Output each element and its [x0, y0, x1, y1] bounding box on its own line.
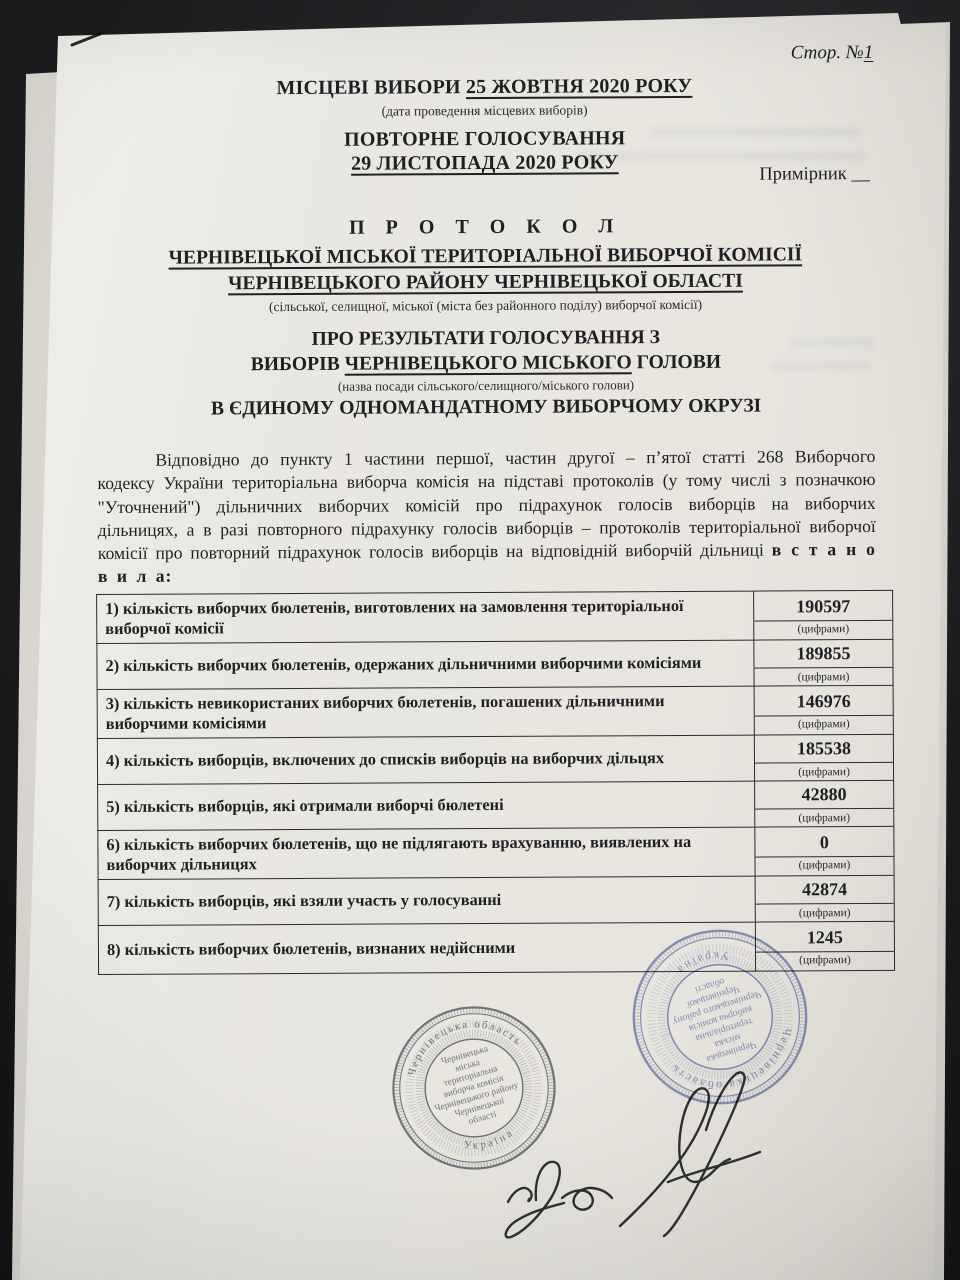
commission-name-1: ЧЕРНІВЕЦЬКОЇ МІСЬКОЇ ТЕРИТОРІАЛЬНОЇ ВИБО… — [169, 244, 803, 268]
row-value-cell: 185538(цифрами) — [754, 734, 893, 781]
digits-note: (цифрами) — [756, 904, 894, 922]
row-value: 190597 — [754, 592, 892, 621]
row-value: 189855 — [754, 640, 892, 669]
table-row: 7) кількість виборців, які взяли участь … — [98, 875, 894, 925]
table-row: 5) кількість виборців, які отримали вибо… — [98, 780, 894, 830]
row-value: 0 — [755, 828, 893, 857]
digits-note: (цифрами) — [754, 620, 892, 638]
row-value-cell: 189855(цифрами) — [754, 639, 893, 686]
row-label: 7) кількість виборців, які взяли участь … — [98, 876, 755, 925]
table-row: 4) кількість виборців, включених до спис… — [97, 734, 893, 784]
row-value-cell: 190597(цифрами) — [754, 590, 893, 640]
signatures — [470, 1030, 810, 1280]
row-label: 5) кількість виборців, які отримали вибо… — [98, 781, 755, 830]
subject-note: (назва посади сільського/селищного/міськ… — [97, 376, 875, 396]
table-row: 2) кількість виборчих бюлетенів, одержан… — [97, 639, 893, 689]
subject-line1: ПРО РЕЗУЛЬТАТИ ГОЛОСУВАННЯ З — [97, 326, 875, 352]
row-label: 2) кількість виборчих бюлетенів, одержан… — [97, 640, 754, 689]
commission-name-2: ЧЕРНІВЕЦЬКОГО РАЙОНУ ЧЕРНІВЕЦЬКОЇ ОБЛАСТ… — [228, 271, 743, 295]
digits-note: (цифрами) — [754, 668, 892, 686]
signature-left — [562, 1188, 612, 1210]
row-value-cell: 0(цифрами) — [755, 826, 894, 876]
subject-prefix: ВИБОРІВ — [251, 354, 345, 375]
repeat-voting-line: ПОВТОРНЕ ГОЛОСУВАННЯ — [96, 126, 874, 153]
repeat-voting-date: 29 ЛИСТОПАДА 2020 РОКУ — [96, 150, 874, 177]
row-value-cell: 146976(цифрами) — [754, 685, 893, 735]
row-value: 146976 — [755, 687, 893, 716]
digits-note: (цифрами) — [755, 763, 893, 781]
election-date-note: (дата проведення місцевих виборів) — [96, 101, 874, 121]
row-label: 3) кількість невикористаних виборчих бюл… — [97, 686, 754, 738]
signature-left — [508, 1188, 532, 1202]
row-value: 42880 — [755, 781, 893, 810]
page-number-value: 1 — [864, 42, 874, 63]
intro-paragraph: Відповідно до пункту 1 частини першої, ч… — [97, 445, 876, 589]
repeat-date-text: 29 ЛИСТОПАДА 2020 РОКУ — [351, 151, 619, 174]
row-label: 6) кількість виборчих бюлетенів, що не п… — [98, 827, 755, 879]
table-row: 3) кількість невикористаних виборчих бюл… — [97, 685, 893, 738]
row-label: 4) кількість виборців, включених до спис… — [97, 735, 754, 784]
row-value: 185538 — [755, 735, 893, 764]
table-row: 6) кількість виборчих бюлетенів, що не п… — [98, 826, 894, 879]
row-value-cell: 42880(цифрами) — [755, 780, 894, 827]
district-line: В ЄДИНОМУ ОДНОМАНДАТНОМУ ВИБОРЧОМУ ОКРУЗ… — [97, 395, 875, 421]
subject-suffix: ГОЛОВИ — [632, 352, 721, 373]
row-value: 42874 — [756, 876, 894, 905]
protocol-heading: П Р О Т О К О Л — [96, 214, 874, 241]
row-label: 1) кількість виборчих бюлетенів, виготов… — [97, 591, 754, 643]
row-value-cell: 42874(цифрами) — [755, 875, 894, 922]
page-number: Стор. №1 — [791, 42, 874, 64]
election-date: 25 ЖОВТНЯ 2020 РОКУ — [466, 75, 693, 98]
page-label: Стор. № — [791, 42, 864, 63]
signature-left — [506, 1162, 564, 1238]
established-colon: : — [165, 566, 171, 586]
results-table-body: 1) кількість виборчих бюлетенів, виготов… — [97, 590, 895, 974]
results-table: 1) кількість виборчих бюлетенів, виготов… — [96, 590, 895, 975]
subject-office: ЧЕРНІВЕЦЬКОГО МІСЬКОГО — [345, 352, 632, 375]
election-title-prefix: МІСЦЕВІ ВИБОРИ — [276, 76, 466, 99]
signature-right — [664, 1072, 745, 1236]
digits-note: (цифрами) — [755, 715, 893, 733]
digits-note: (цифрами) — [755, 856, 893, 874]
subject-line2: ВИБОРІВ ЧЕРНІВЕЦЬКОГО МІСЬКОГО ГОЛОВИ — [97, 351, 875, 377]
commission-name-line1: ЧЕРНІВЕЦЬКОЇ МІСЬКОЇ ТЕРИТОРІАЛЬНОЇ ВИБО… — [96, 244, 874, 270]
table-row: 1) кількість виборчих бюлетенів, виготов… — [97, 590, 893, 643]
commission-note: (сільської, селищної, міської (міста без… — [97, 296, 875, 316]
copy-number-label: Примірник __ — [759, 164, 870, 186]
election-title-line: МІСЦЕВІ ВИБОРИ 25 ЖОВТНЯ 2020 РОКУ — [95, 74, 873, 101]
commission-name-line2: ЧЕРНІВЕЦЬКОГО РАЙОНУ ЧЕРНІВЕЦЬКОЇ ОБЛАСТ… — [96, 270, 874, 296]
digits-note: (цифрами) — [755, 809, 893, 827]
paragraph-text: Відповідно до пункту 1 частини першої, ч… — [97, 446, 875, 563]
